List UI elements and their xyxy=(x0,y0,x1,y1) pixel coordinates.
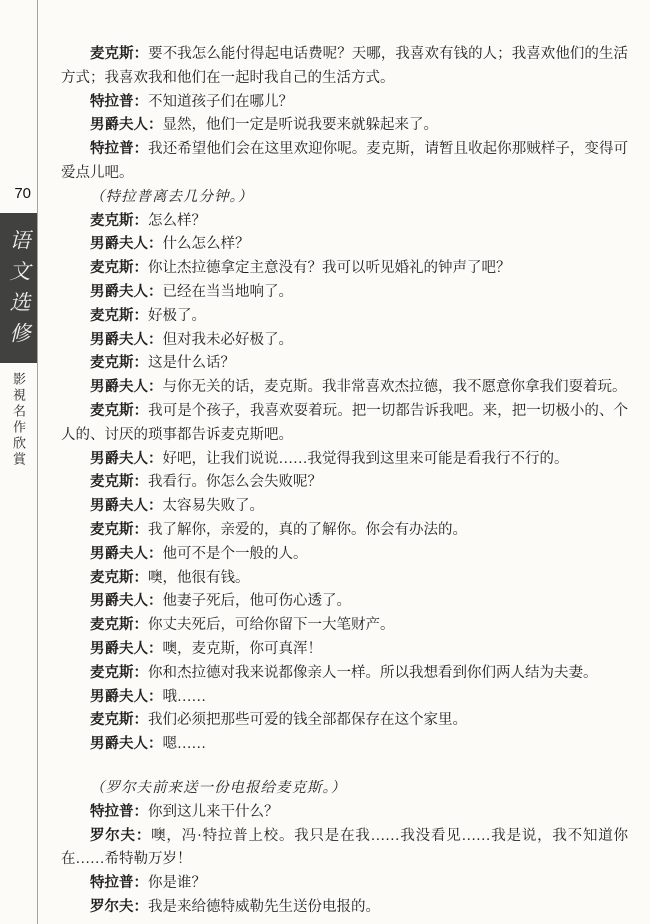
dialogue-line: 麦克斯：我看行。你怎么会失败呢？ xyxy=(61,471,628,495)
dialogue-text: 你和杰拉德对我来说都像亲人一样。所以我想看到你们两人结为夫妻。 xyxy=(148,665,598,681)
book-subtitle-wrap: 影視名作欣賞 xyxy=(0,372,37,468)
speaker-name: 麦克斯： xyxy=(90,522,148,538)
dialogue-line: 麦克斯：你和杰拉德对我来说都像亲人一样。所以我想看到你们两人结为夫妻。 xyxy=(61,662,628,686)
dialogue-text: 他可不是个一般的人。 xyxy=(163,546,308,562)
dialogue-line: 男爵夫人：他可不是个一般的人。 xyxy=(61,543,628,567)
speaker-name: 男爵夫人： xyxy=(90,498,163,514)
dialogue-text: 什么怎么样？ xyxy=(163,236,250,252)
dialogue-line: 麦克斯：我了解你，亲爱的，真的了解你。你会有办法的。 xyxy=(61,519,628,543)
dialogue-text: 怎么样？ xyxy=(148,213,206,229)
dialogue-line: 男爵夫人：他妻子死后，他可伤心透了。 xyxy=(61,590,628,614)
dialogue-line: 罗尔夫：我是来给德特威勒先生送份电报的。 xyxy=(61,896,628,920)
dialogue-text: 已经在当当地响了。 xyxy=(163,284,294,300)
dialogue-text: 你是谁？ xyxy=(148,875,206,891)
dialogue-line: 麦克斯：怎么样？ xyxy=(61,210,628,234)
speaker-name: 麦克斯： xyxy=(90,474,148,490)
speaker-name: 麦克斯： xyxy=(90,617,148,633)
speaker-name: 罗尔夫： xyxy=(90,828,151,844)
speaker-name: 男爵夫人： xyxy=(90,379,163,395)
series-title-vertical: 语文选修 xyxy=(8,223,29,353)
speaker-name: 麦克斯： xyxy=(90,260,148,276)
dialogue-text: （特拉普离去几分钟。） xyxy=(90,189,253,205)
dialogue-text: 与你无关的话，麦克斯。我非常喜欢杰拉德，我不愿意你拿我们耍着玩。 xyxy=(163,379,627,395)
dialogue-line: 男爵夫人：已经在当当地响了。 xyxy=(61,281,628,305)
speaker-name: 麦克斯： xyxy=(90,570,148,586)
dialogue-text: 这是什么话？ xyxy=(148,355,235,371)
dialogue-text: 太容易失败了。 xyxy=(163,498,265,514)
dialogue-line: 特拉普：你是谁？ xyxy=(61,872,628,896)
speaker-name: 男爵夫人： xyxy=(90,284,163,300)
speaker-name: 男爵夫人： xyxy=(90,689,163,705)
speaker-name: 麦克斯： xyxy=(90,403,148,419)
dialogue-line: 男爵夫人：但对我未必好极了。 xyxy=(61,329,628,353)
book-page: 70 语文选修 影視名作欣賞 麦克斯：要不我怎么能付得起电话费呢？天哪，我喜欢有… xyxy=(0,0,650,924)
speaker-name: 男爵夫人： xyxy=(90,236,163,252)
speaker-name: 男爵夫人： xyxy=(90,332,163,348)
dialogue-text: 你到这儿来干什么？ xyxy=(148,804,279,820)
dialogue-line: 男爵夫人：与你无关的话，麦克斯。我非常喜欢杰拉德，我不愿意你拿我们耍着玩。 xyxy=(61,376,628,400)
dialogue-text: 哦…… xyxy=(163,689,207,705)
stage-direction: （罗尔夫前来送一份电报给麦克斯。） xyxy=(61,777,628,801)
speaker-name: 麦克斯： xyxy=(90,712,148,728)
dialogue-line: 特拉普：你到这儿来干什么？ xyxy=(61,801,628,825)
dialogue-line: 麦克斯：我们必须把那些可爱的钱全部都保存在这个家里。 xyxy=(61,709,628,733)
dialogue-line: 男爵夫人：显然，他们一定是听说我要来就躲起来了。 xyxy=(61,114,628,138)
dialogue-line: 罗尔夫：噢，冯·特拉普上校。我只是在我……我没看见……我是说，我不知道你在……希… xyxy=(61,825,628,873)
dialogue-line: 麦克斯：要不我怎么能付得起电话费呢？天哪，我喜欢有钱的人；我喜欢他们的生活方式；… xyxy=(61,43,628,91)
speaker-name: 男爵夫人： xyxy=(90,593,163,609)
dialogue-text: 我看行。你怎么会失败呢？ xyxy=(148,474,322,490)
dialogue-line: 男爵夫人：什么怎么样？ xyxy=(61,233,628,257)
dialogue-line: 男爵夫人：太容易失败了。 xyxy=(61,495,628,519)
dialogue-text: 但对我未必好极了。 xyxy=(163,332,294,348)
dialogue-text: 噢，麦克斯，你可真浑！ xyxy=(163,641,323,657)
speaker-name: 特拉普： xyxy=(90,875,148,891)
dialogue-text: 他妻子死后，他可伤心透了。 xyxy=(163,593,352,609)
dialogue: 麦克斯：要不我怎么能付得起电话费呢？天哪，我喜欢有钱的人；我喜欢他们的生活方式；… xyxy=(61,43,628,920)
dialogue-line: 男爵夫人：嗯…… xyxy=(61,733,628,757)
dialogue-line: 麦克斯：我可是个孩子，我喜欢耍着玩。把一切都告诉我吧。来，把一切极小的、个人的、… xyxy=(61,400,628,448)
dialogue-line: 麦克斯：好极了。 xyxy=(61,305,628,329)
dialogue-line: 麦克斯：噢，他很有钱。 xyxy=(61,567,628,591)
dialogue-text: 我们必须把那些可爱的钱全部都保存在这个家里。 xyxy=(148,712,467,728)
dialogue-line: 男爵夫人：好吧，让我们说说……我觉得我到这里来可能是看我行不行的。 xyxy=(61,448,628,472)
speaker-name: 特拉普： xyxy=(90,94,148,110)
speaker-name: 男爵夫人： xyxy=(90,736,163,752)
speaker-name: 麦克斯： xyxy=(90,665,148,681)
dialogue-line: 男爵夫人：噢，麦克斯，你可真浑！ xyxy=(61,638,628,662)
dialogue-text: 噢，他很有钱。 xyxy=(148,570,250,586)
dialogue-text: 我是来给德特威勒先生送份电报的。 xyxy=(148,899,380,915)
dialogue-text: 显然，他们一定是听说我要来就躲起来了。 xyxy=(163,117,439,133)
speaker-name: 麦克斯： xyxy=(90,355,148,371)
book-subtitle-vertical: 影視名作欣賞 xyxy=(12,372,25,468)
dialogue-text: 好吧，让我们说说……我觉得我到这里来可能是看我行不行的。 xyxy=(163,451,569,467)
dialogue-line: 特拉普：不知道孩子们在哪儿？ xyxy=(61,91,628,115)
dialogue-text: 不知道孩子们在哪儿？ xyxy=(148,94,293,110)
speaker-name: 特拉普： xyxy=(90,804,148,820)
dialogue-line: 麦克斯：这是什么话？ xyxy=(61,352,628,376)
dialogue-line: 特拉普：我还希望他们会在这里欢迎你呢。麦克斯，请暂且收起你那贼样子，变得可爱点儿… xyxy=(61,138,628,186)
speaker-name: 麦克斯： xyxy=(90,46,148,62)
speaker-name: 男爵夫人： xyxy=(90,117,163,133)
speaker-name: 麦克斯： xyxy=(90,308,148,324)
dialogue-text: 好极了。 xyxy=(148,308,206,324)
page-number: 70 xyxy=(0,185,31,202)
speaker-name: 男爵夫人： xyxy=(90,641,163,657)
speaker-name: 麦克斯： xyxy=(90,213,148,229)
sidebar-divider-line xyxy=(37,0,38,924)
speaker-name: 特拉普： xyxy=(90,141,148,157)
dialogue-line: 男爵夫人：哦…… xyxy=(61,686,628,710)
dialogue-text: 你让杰拉德拿定主意没有？我可以听见婚礼的钟声了吧？ xyxy=(148,260,511,276)
speaker-name: 罗尔夫： xyxy=(90,899,148,915)
speaker-name: 男爵夫人： xyxy=(90,546,163,562)
dialogue-text: （罗尔夫前来送一份电报给麦克斯。） xyxy=(90,780,346,796)
stage-direction: （特拉普离去几分钟。） xyxy=(61,186,628,210)
dialogue-text: 你丈夫死后，可给你留下一大笔财产。 xyxy=(148,617,395,633)
speaker-name: 男爵夫人： xyxy=(90,451,163,467)
dialogue-line: 麦克斯：你让杰拉德拿定主意没有？我可以听见婚礼的钟声了吧？ xyxy=(61,257,628,281)
series-title-box: 语文选修 xyxy=(0,213,37,363)
dialogue-text: 嗯…… xyxy=(163,736,207,752)
dialogue-text: 我了解你，亲爱的，真的了解你。你会有办法的。 xyxy=(148,522,467,538)
dialogue-line: 麦克斯：你丈夫死后，可给你留下一大笔财产。 xyxy=(61,614,628,638)
